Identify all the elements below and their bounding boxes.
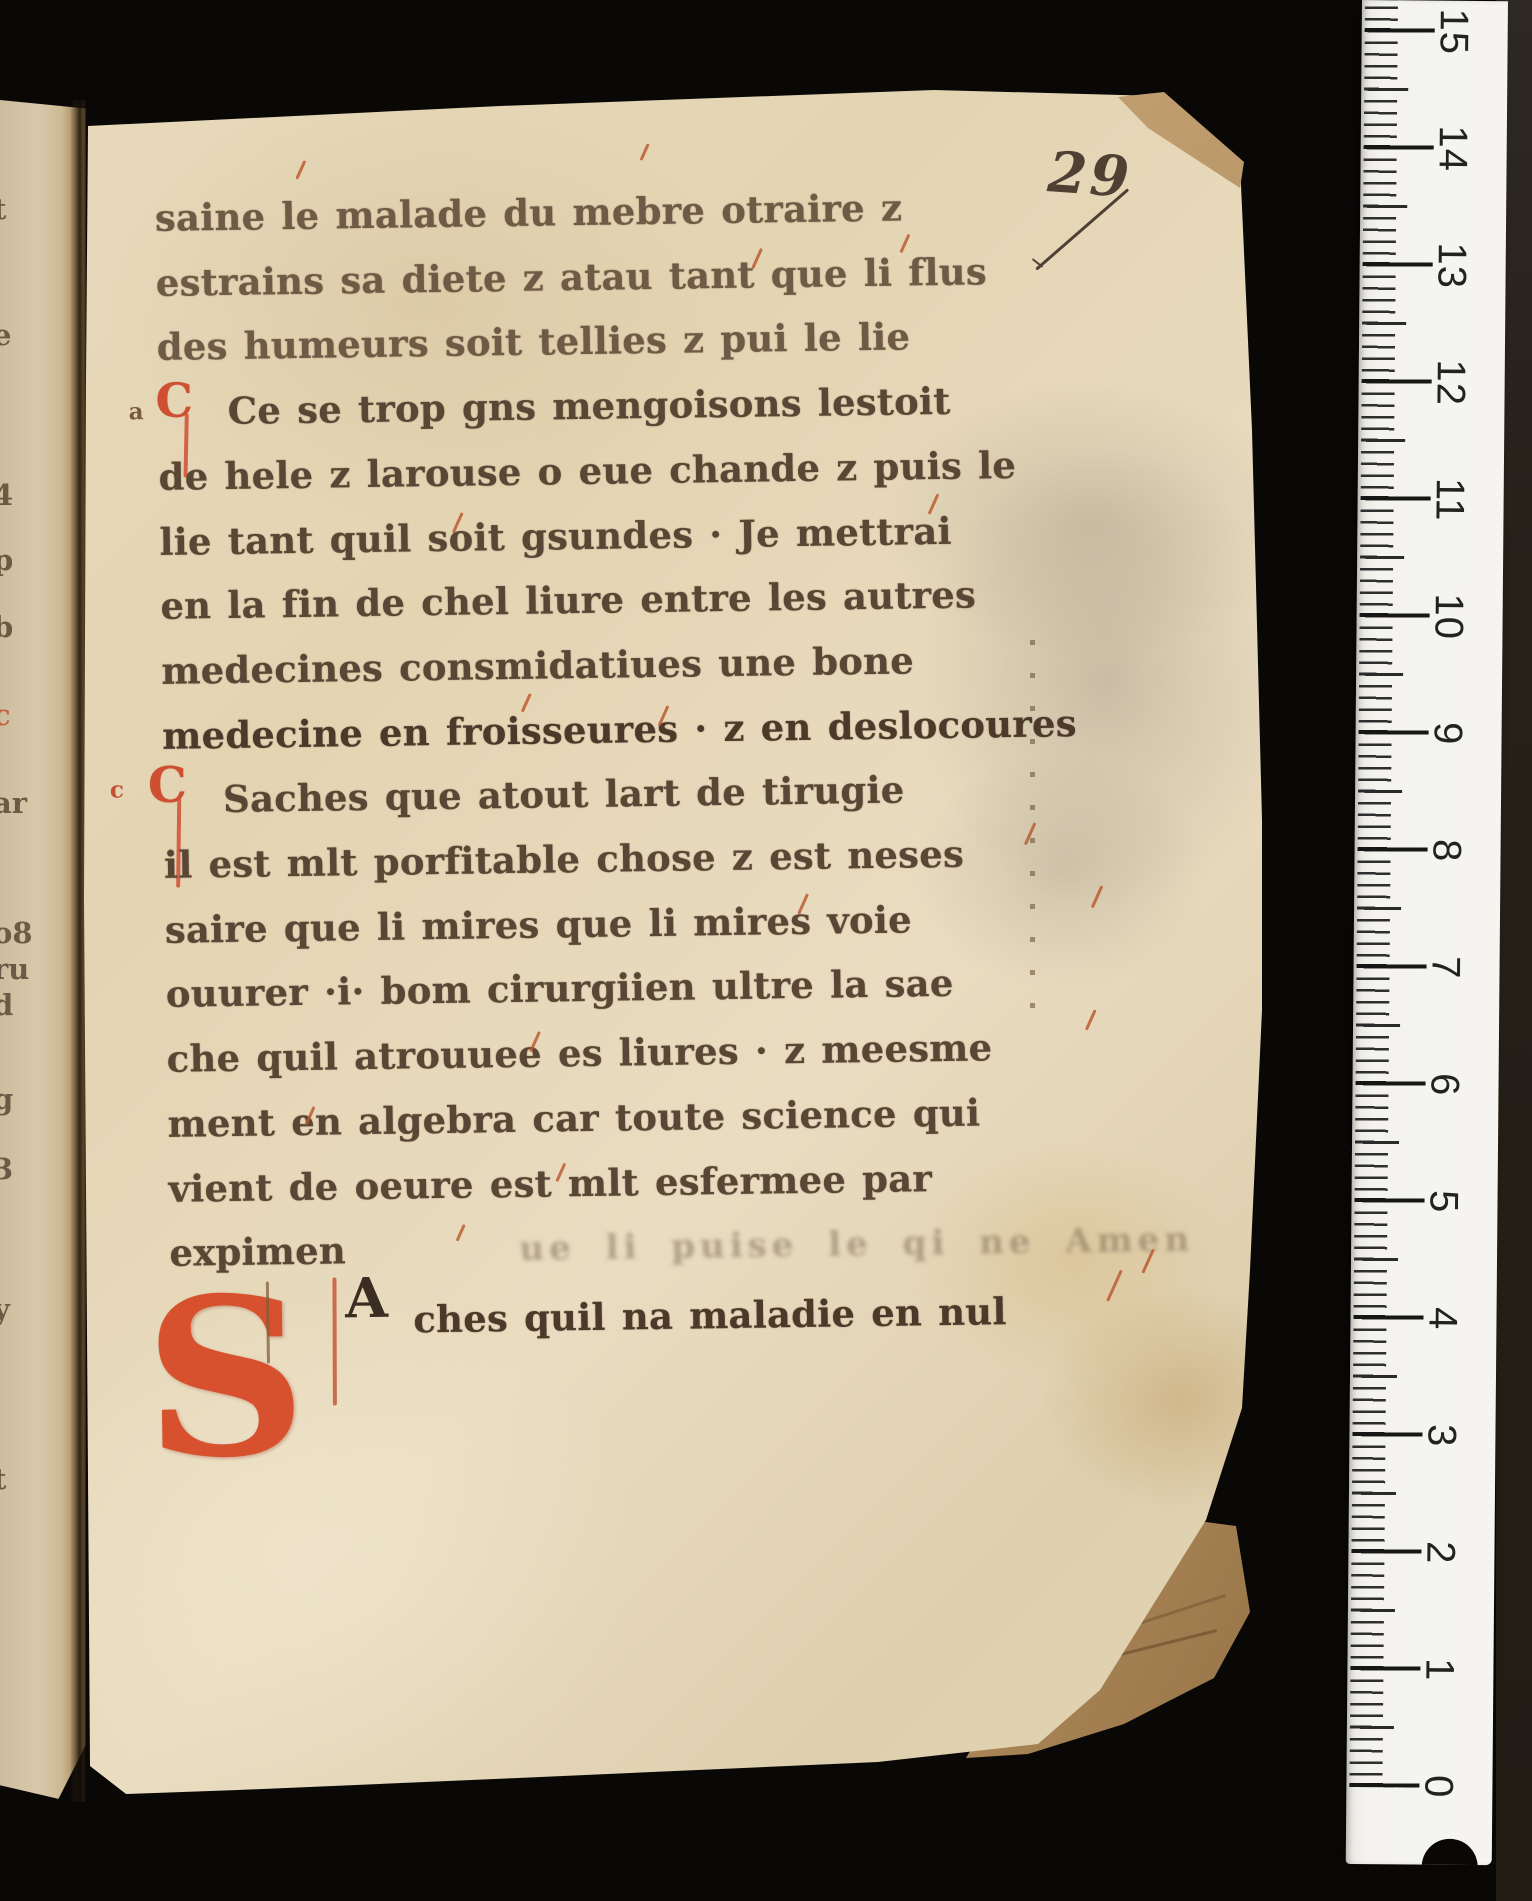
red-hairline-stroke: [1106, 1270, 1123, 1302]
ruler-number: 8: [1428, 813, 1469, 889]
ruler-number: 1: [1421, 1632, 1462, 1708]
red-hairline-stroke: [295, 160, 306, 179]
ruler-number: 14: [1434, 111, 1475, 187]
ruler-number: 3: [1423, 1398, 1464, 1474]
red-hairline-stroke: [456, 1224, 466, 1242]
ruler-number: 5: [1425, 1164, 1466, 1240]
ruler-number: 9: [1429, 696, 1470, 772]
red-hairline-stroke: [1024, 822, 1037, 845]
facing-page-text-fragment: y: [0, 1292, 10, 1326]
manuscript-text-line: de hele z larouse o eue chande z puis le: [158, 443, 1016, 499]
photo-background: { "folio_number": "29", "manuscript": { …: [0, 0, 1532, 1901]
text-initial-a: A: [345, 1265, 389, 1331]
erased-text-line: ue li puise le qi ne Amen: [519, 1220, 1194, 1269]
manuscript-text-line: lie tant quil soit gsundes · Je mettrai: [159, 509, 952, 564]
manuscript-text-line: expimen: [169, 1228, 346, 1274]
red-hairline-stroke: [640, 143, 650, 161]
ruler-number: 12: [1432, 345, 1473, 421]
ruler-number: 2: [1422, 1515, 1463, 1591]
manuscript-text-line: en la fin de chel liure entre les autres: [160, 573, 976, 628]
manuscript-text-line: ouurer ·i· bom cirurgiien ultre la sae: [165, 961, 953, 1016]
manuscript-text-line: il est mlt porfitable chose z est neses: [164, 832, 965, 887]
manuscript-text-line: Saches que atout lart de tirugie: [223, 768, 905, 822]
manuscript-text-line: che quil atrouuee es liures · z meesme: [166, 1025, 992, 1081]
ruler-notch-hole: [1421, 1839, 1477, 1866]
ruler-number: 4: [1424, 1281, 1465, 1357]
ruler-number: 15: [1435, 0, 1476, 70]
manuscript-text-line: ches quil na maladie en nul: [413, 1289, 1007, 1341]
manuscript-text-line: saine le malade du mebre otraire z: [155, 185, 903, 239]
manuscript-text-line: des humeurs soit tellies z pui le lie: [156, 314, 910, 369]
manuscript-text-line: vient de oeure est mlt esfermee par: [168, 1156, 932, 1211]
ruler-number: 6: [1426, 1047, 1467, 1123]
folio-number: 29: [1046, 139, 1134, 211]
ruler-number: 10: [1430, 579, 1471, 655]
rubric-divider-stroke: [332, 1278, 336, 1406]
ruler: 0123456789101112131415: [1346, 0, 1508, 1865]
manuscript-text-line: Ce se trop gns mengoisons lestoit: [227, 379, 950, 433]
ruler-number: 13: [1433, 228, 1474, 304]
manuscript-text-line: medecine en froisseures · z en deslocour…: [162, 701, 1077, 758]
rubric-initial-s: S: [142, 1250, 308, 1507]
facing-page-text-fragment: t: [0, 1462, 6, 1496]
rubric-paraph: C: [147, 756, 187, 815]
manuscript-text-line: medecines consmidatiues une bone: [161, 638, 914, 693]
red-hairline-stroke: [1091, 885, 1104, 908]
red-hairline-stroke: [1085, 1009, 1097, 1030]
manuscript-text-line: estrains sa diete z atau tant que li flu…: [156, 249, 988, 305]
rubric-guide-letter: a: [128, 398, 143, 425]
rubric-guide-letter: c: [110, 776, 124, 803]
facing-page-text-fragment: 3: [0, 1152, 13, 1186]
manuscript-text-block: C a C c ue li puise le qi ne Amen S A sa…: [0, 0, 1532, 1901]
ruler-number: 0: [1420, 1749, 1461, 1825]
ruler-number: 7: [1427, 930, 1468, 1006]
manuscript-text-line: ment en algebra car toute science qui: [167, 1090, 980, 1145]
ruler-number: 11: [1431, 462, 1472, 538]
